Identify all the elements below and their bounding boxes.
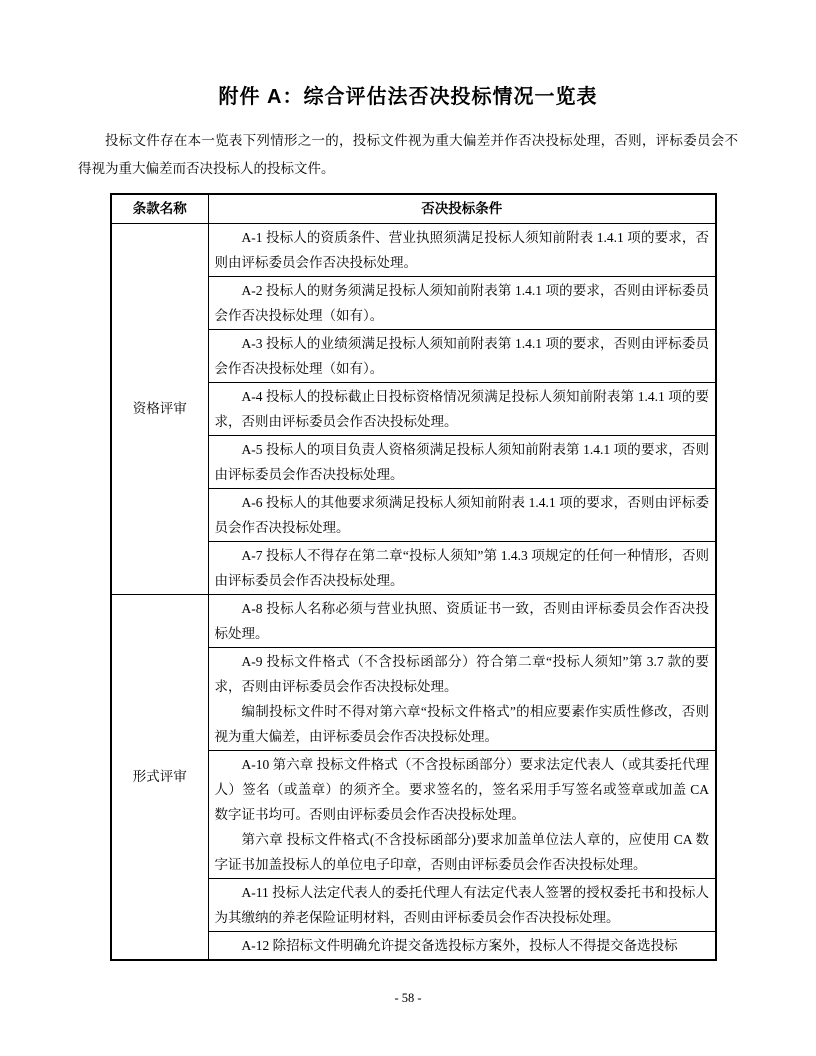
condition-cell-a11: A-11 投标人法定代表人的委托代理人有法定代表人签署的授权委托书和投标人为其缴… [208,878,716,931]
condition-text: A-3 投标人的业绩须满足投标人须知前附表第 1.4.1 项的要求，否则由评标委… [215,331,710,381]
condition-cell-a6: A-6 投标人的其他要求须满足投标人须知前附表 1.4.1 项的要求，否则由评标… [208,488,716,541]
page-number: - 58 - [0,991,816,1006]
condition-text: A-12 除招标文件明确允许提交备选投标方案外，投标人不得提交备选投标 [215,933,710,958]
table-row: 形式评审 A-8 投标人名称必须与营业执照、资质证书一致，否则由评标委员会作否决… [111,594,716,647]
condition-text: A-6 投标人的其他要求须满足投标人须知前附表 1.4.1 项的要求，否则由评标… [215,490,710,540]
section-label-qualification-review: 资格评审 [111,223,208,594]
intro-paragraph: 投标文件存在本一览表下列情形之一的，投标文件视为重大偏差并作否决投标处理，否则，… [78,127,738,183]
rejection-conditions-table: 条款名称 否决投标条件 资格评审 A-1 投标人的资质条件、营业执照须满足投标人… [110,193,717,961]
table-row: 资格评审 A-1 投标人的资质条件、营业执照须满足投标人须知前附表 1.4.1 … [111,223,716,276]
table-header-row: 条款名称 否决投标条件 [111,194,716,223]
page-title: 附件 A：综合评估法否决投标情况一览表 [78,80,738,109]
header-rejection-condition: 否决投标条件 [208,194,716,223]
condition-cell-a12: A-12 除招标文件明确允许提交备选投标方案外，投标人不得提交备选投标 [208,931,716,960]
condition-text: A-2 投标人的财务须满足投标人须知前附表第 1.4.1 项的要求，否则由评标委… [215,278,710,328]
condition-cell-a2: A-2 投标人的财务须满足投标人须知前附表第 1.4.1 项的要求，否则由评标委… [208,276,716,329]
condition-text: A-4 投标人的投标截止日投标资格情况须满足投标人须知前附表第 1.4.1 项的… [215,384,710,434]
header-clause-name: 条款名称 [111,194,208,223]
condition-text: A-5 投标人的项目负责人资格须满足投标人须知前附表第 1.4.1 项的要求，否… [215,437,710,487]
condition-text: A-9 投标文件格式（不含投标函部分）符合第二章“投标人须知”第 3.7 款的要… [215,649,710,699]
condition-text: A-11 投标人法定代表人的委托代理人有法定代表人签署的授权委托书和投标人为其缴… [215,880,710,930]
condition-cell-a7: A-7 投标人不得存在第二章“投标人须知”第 1.4.3 项规定的任何一种情形，… [208,541,716,594]
condition-cell-a8: A-8 投标人名称必须与营业执照、资质证书一致，否则由评标委员会作否决投标处理。 [208,594,716,647]
condition-text: A-10 第六章 投标文件格式（不含投标函部分）要求法定代表人（或其委托代理人）… [215,752,710,827]
condition-cell-a5: A-5 投标人的项目负责人资格须满足投标人须知前附表第 1.4.1 项的要求，否… [208,435,716,488]
condition-cell-a10: A-10 第六章 投标文件格式（不含投标函部分）要求法定代表人（或其委托代理人）… [208,750,716,878]
document-page: 附件 A：综合评估法否决投标情况一览表 投标文件存在本一览表下列情形之一的，投标… [0,0,816,1056]
condition-cell-a1: A-1 投标人的资质条件、营业执照须满足投标人须知前附表 1.4.1 项的要求，… [208,223,716,276]
condition-text: 第六章 投标文件格式(不含投标函部分)要求加盖单位法人章的，应使用 CA 数字证… [215,827,710,877]
condition-text: A-8 投标人名称必须与营业执照、资质证书一致，否则由评标委员会作否决投标处理。 [215,596,710,646]
condition-cell-a9: A-9 投标文件格式（不含投标函部分）符合第二章“投标人须知”第 3.7 款的要… [208,647,716,750]
condition-text: 编制投标文件时不得对第六章“投标文件格式”的相应要素作实质性修改，否则视为重大偏… [215,699,710,749]
condition-text: A-1 投标人的资质条件、营业执照须满足投标人须知前附表 1.4.1 项的要求，… [215,225,710,275]
condition-cell-a4: A-4 投标人的投标截止日投标资格情况须满足投标人须知前附表第 1.4.1 项的… [208,382,716,435]
section-label-form-review: 形式评审 [111,594,208,960]
condition-text: A-7 投标人不得存在第二章“投标人须知”第 1.4.3 项规定的任何一种情形，… [215,543,710,593]
condition-cell-a3: A-3 投标人的业绩须满足投标人须知前附表第 1.4.1 项的要求，否则由评标委… [208,329,716,382]
